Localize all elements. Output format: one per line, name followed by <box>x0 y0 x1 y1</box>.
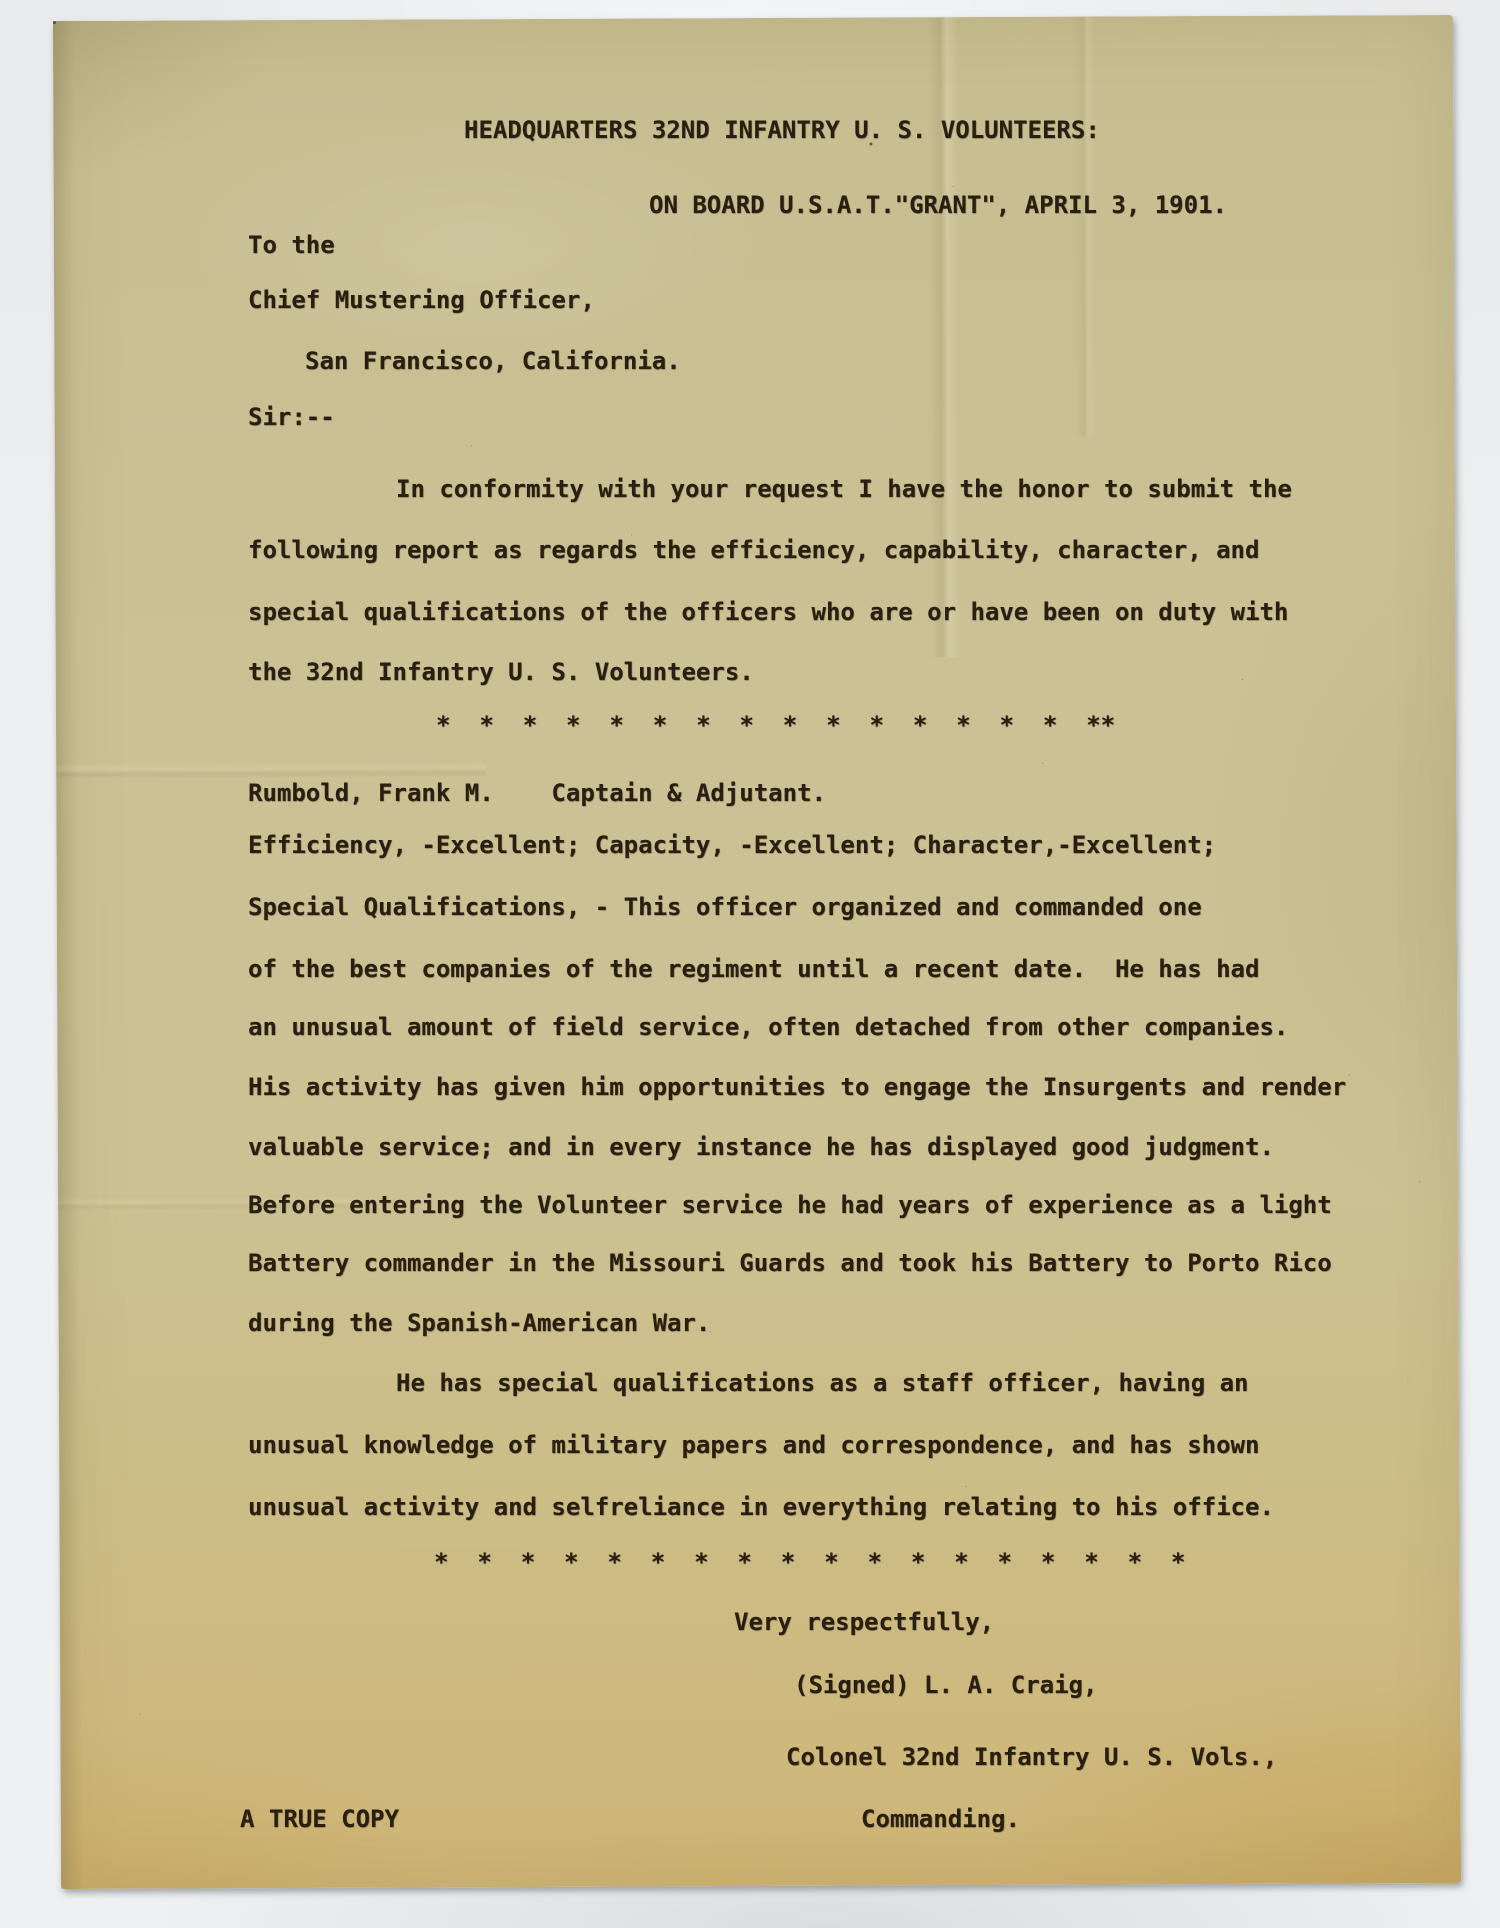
body-line: His activity has given him opportunities… <box>248 1072 1346 1102</box>
closing-line: Very respectfully, <box>734 1607 994 1637</box>
signature-role-line: Commanding. <box>861 1804 1020 1834</box>
body-line: Efficiency, -Excellent; Capacity, -Excel… <box>248 830 1216 860</box>
letterhead-line: HEADQUARTERS 32ND INFANTRY U. S. VOLUNTE… <box>464 115 1100 145</box>
body-line: He has special qualifications as a staff… <box>396 1368 1249 1398</box>
dateline: ON BOARD U.S.A.T."GRANT", APRIL 3, 1901. <box>649 190 1227 220</box>
body-line: In conformity with your request I have t… <box>396 474 1292 504</box>
scanned-letter-page: HEADQUARTERS 32ND INFANTRY U. S. VOLUNTE… <box>0 0 1500 1928</box>
body-line: following report as regards the efficien… <box>248 535 1259 565</box>
addressee-line: Chief Mustering Officer, <box>248 285 595 315</box>
letter-text-layer: HEADQUARTERS 32ND INFANTRY U. S. VOLUNTE… <box>0 0 1500 1928</box>
true-copy-stamp: A TRUE COPY <box>240 1804 399 1834</box>
body-line: during the Spanish-American War. <box>248 1308 710 1338</box>
addressee-line: To the <box>248 230 335 260</box>
officer-entry-line: Rumbold, Frank M. Captain & Adjutant. <box>248 778 826 808</box>
addressee-line: San Francisco, California. <box>305 346 681 376</box>
asterisk-separator: * * * * * * * * * * * * * * * * * * <box>434 1547 1185 1577</box>
body-line: Special Qualifications, - This officer o… <box>248 892 1202 922</box>
body-line: the 32nd Infantry U. S. Volunteers. <box>248 657 754 687</box>
body-line: valuable service; and in every instance … <box>248 1132 1274 1162</box>
body-line: unusual knowledge of military papers and… <box>248 1430 1259 1460</box>
signature-line: (Signed) L. A. Craig, <box>794 1670 1097 1700</box>
body-line: Before entering the Volunteer service he… <box>248 1190 1332 1220</box>
asterisk-separator: * * * * * * * * * * * * * * * ** <box>436 710 1115 740</box>
body-line: unusual activity and selfreliance in eve… <box>248 1492 1274 1522</box>
salutation: Sir:-- <box>248 402 335 432</box>
body-line: Battery commander in the Missouri Guards… <box>248 1248 1332 1278</box>
signature-title-line: Colonel 32nd Infantry U. S. Vols., <box>786 1742 1277 1772</box>
body-line: an unusual amount of field service, ofte… <box>248 1012 1288 1042</box>
body-line: special qualifications of the officers w… <box>248 597 1288 627</box>
body-line: of the best companies of the regiment un… <box>248 954 1259 984</box>
